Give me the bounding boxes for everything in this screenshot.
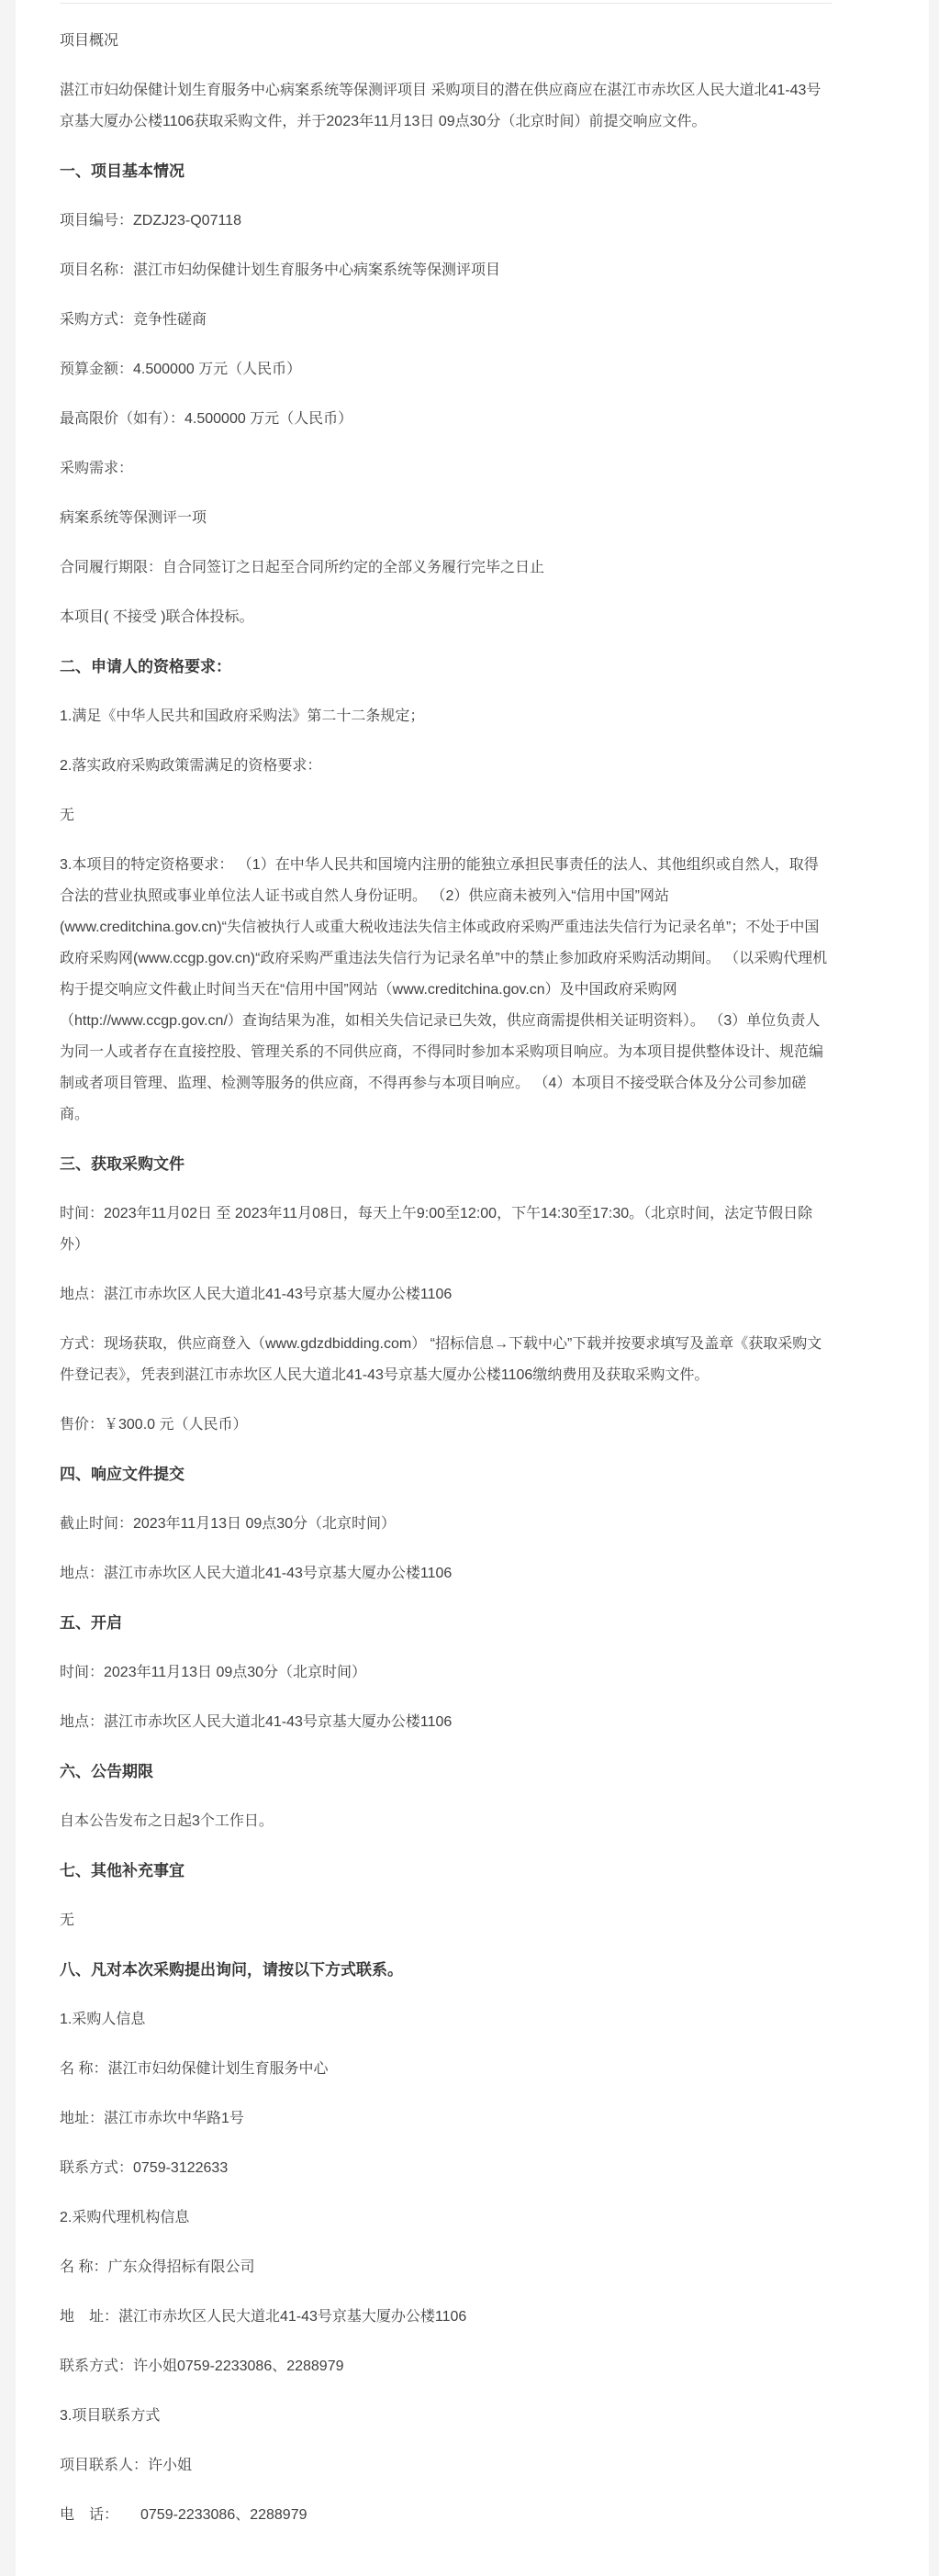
purchaser-info-label: 1.采购人信息 xyxy=(60,2004,832,2035)
obtain-time: 时间：2023年11月02日 至 2023年11月08日，每天上午9:00至12… xyxy=(60,1199,832,1261)
project-contact-phone: 电 话： 0759-2233086、2288979 xyxy=(60,2500,832,2531)
procurement-requirement-label: 采购需求： xyxy=(60,453,832,485)
project-contact-person: 项目联系人：许小姐 xyxy=(60,2450,832,2481)
top-divider xyxy=(60,3,832,4)
procurement-requirement-item: 病案系统等保测评一项 xyxy=(60,503,832,534)
qualification-2-value: 无 xyxy=(60,800,832,831)
agency-address: 地 址：湛江市赤坎区人民大道北41-43号京基大厦办公楼1106 xyxy=(60,2302,832,2333)
page-background: 项目概况湛江市妇幼保健计划生育服务中心病案系统等保测评项目 采购项目的潜在供应商… xyxy=(0,0,939,2576)
project-overview-intro: 湛江市妇幼保健计划生育服务中心病案系统等保测评项目 采购项目的潜在供应商应在湛江… xyxy=(60,75,832,138)
other-matters-value: 无 xyxy=(60,1905,832,1936)
qualification-3: 3.本项目的特定资格要求： （1）在中华人民共和国境内注册的能独立承担民事责任的… xyxy=(60,850,832,1131)
section-4-heading: 四、响应文件提交 xyxy=(60,1459,832,1490)
budget-amount: 预算金额：4.500000 万元（人民币） xyxy=(60,354,832,385)
max-price-limit: 最高限价（如有）：4.500000 万元（人民币） xyxy=(60,404,832,435)
agency-name: 名 称：广东众得招标有限公司 xyxy=(60,2252,832,2283)
section-5-heading: 五、开启 xyxy=(60,1608,832,1639)
obtain-method: 方式：现场获取，供应商登入（www.gdzdbidding.com） “招标信息… xyxy=(60,1329,832,1391)
contract-period: 合同履行期限：自合同签订之日起至合同所约定的全部义务履行完毕之日止 xyxy=(60,552,832,584)
qualification-2: 2.落实政府采购政策需满足的资格要求： xyxy=(60,751,832,782)
announcement-document: 项目概况湛江市妇幼保健计划生育服务中心病案系统等保测评项目 采购项目的潜在供应商… xyxy=(16,0,929,2576)
announcement-period: 自本公告发布之日起3个工作日。 xyxy=(60,1806,832,1837)
opening-time: 时间：2023年11月13日 09点30分（北京时间） xyxy=(60,1657,832,1689)
section-8-heading: 八、凡对本次采购提出询问，请按以下方式联系。 xyxy=(60,1955,832,1986)
section-1-heading: 一、项目基本情况 xyxy=(60,156,832,187)
document-price: 售价：￥300.0 元（人民币） xyxy=(60,1410,832,1441)
document-content: 项目概况湛江市妇幼保健计划生育服务中心病案系统等保测评项目 采购项目的潜在供应商… xyxy=(16,26,832,2531)
section-7-heading: 七、其他补充事宜 xyxy=(60,1856,832,1887)
purchaser-name: 名 称：湛江市妇幼保健计划生育服务中心 xyxy=(60,2054,832,2085)
project-name: 项目名称：湛江市妇幼保健计划生育服务中心病案系统等保测评项目 xyxy=(60,255,832,286)
purchaser-address: 地址：湛江市赤坎中华路1号 xyxy=(60,2103,832,2135)
project-overview-label: 项目概况 xyxy=(60,26,832,57)
opening-location: 地点：湛江市赤坎区人民大道北41-43号京基大厦办公楼1106 xyxy=(60,1707,832,1738)
submission-location: 地点：湛江市赤坎区人民大道北41-43号京基大厦办公楼1106 xyxy=(60,1558,832,1589)
agency-info-label: 2.采购代理机构信息 xyxy=(60,2202,832,2234)
section-6-heading: 六、公告期限 xyxy=(60,1756,832,1788)
procurement-method: 采购方式：竞争性磋商 xyxy=(60,305,832,336)
purchaser-contact: 联系方式：0759-3122633 xyxy=(60,2153,832,2184)
consortium-bidding-note: 本项目( 不接受 )联合体投标。 xyxy=(60,602,832,633)
obtain-location: 地点：湛江市赤坎区人民大道北41-43号京基大厦办公楼1106 xyxy=(60,1279,832,1310)
project-contact-label: 3.项目联系方式 xyxy=(60,2401,832,2432)
section-3-heading: 三、获取采购文件 xyxy=(60,1149,832,1180)
project-number: 项目编号：ZDZJ23-Q07118 xyxy=(60,206,832,237)
submission-deadline: 截止时间：2023年11月13日 09点30分（北京时间） xyxy=(60,1509,832,1540)
qualification-1: 1.满足《中华人民共和国政府采购法》第二十二条规定； xyxy=(60,701,832,732)
agency-contact: 联系方式：许小姐0759-2233086、2288979 xyxy=(60,2351,832,2382)
section-2-heading: 二、申请人的资格要求： xyxy=(60,652,832,683)
